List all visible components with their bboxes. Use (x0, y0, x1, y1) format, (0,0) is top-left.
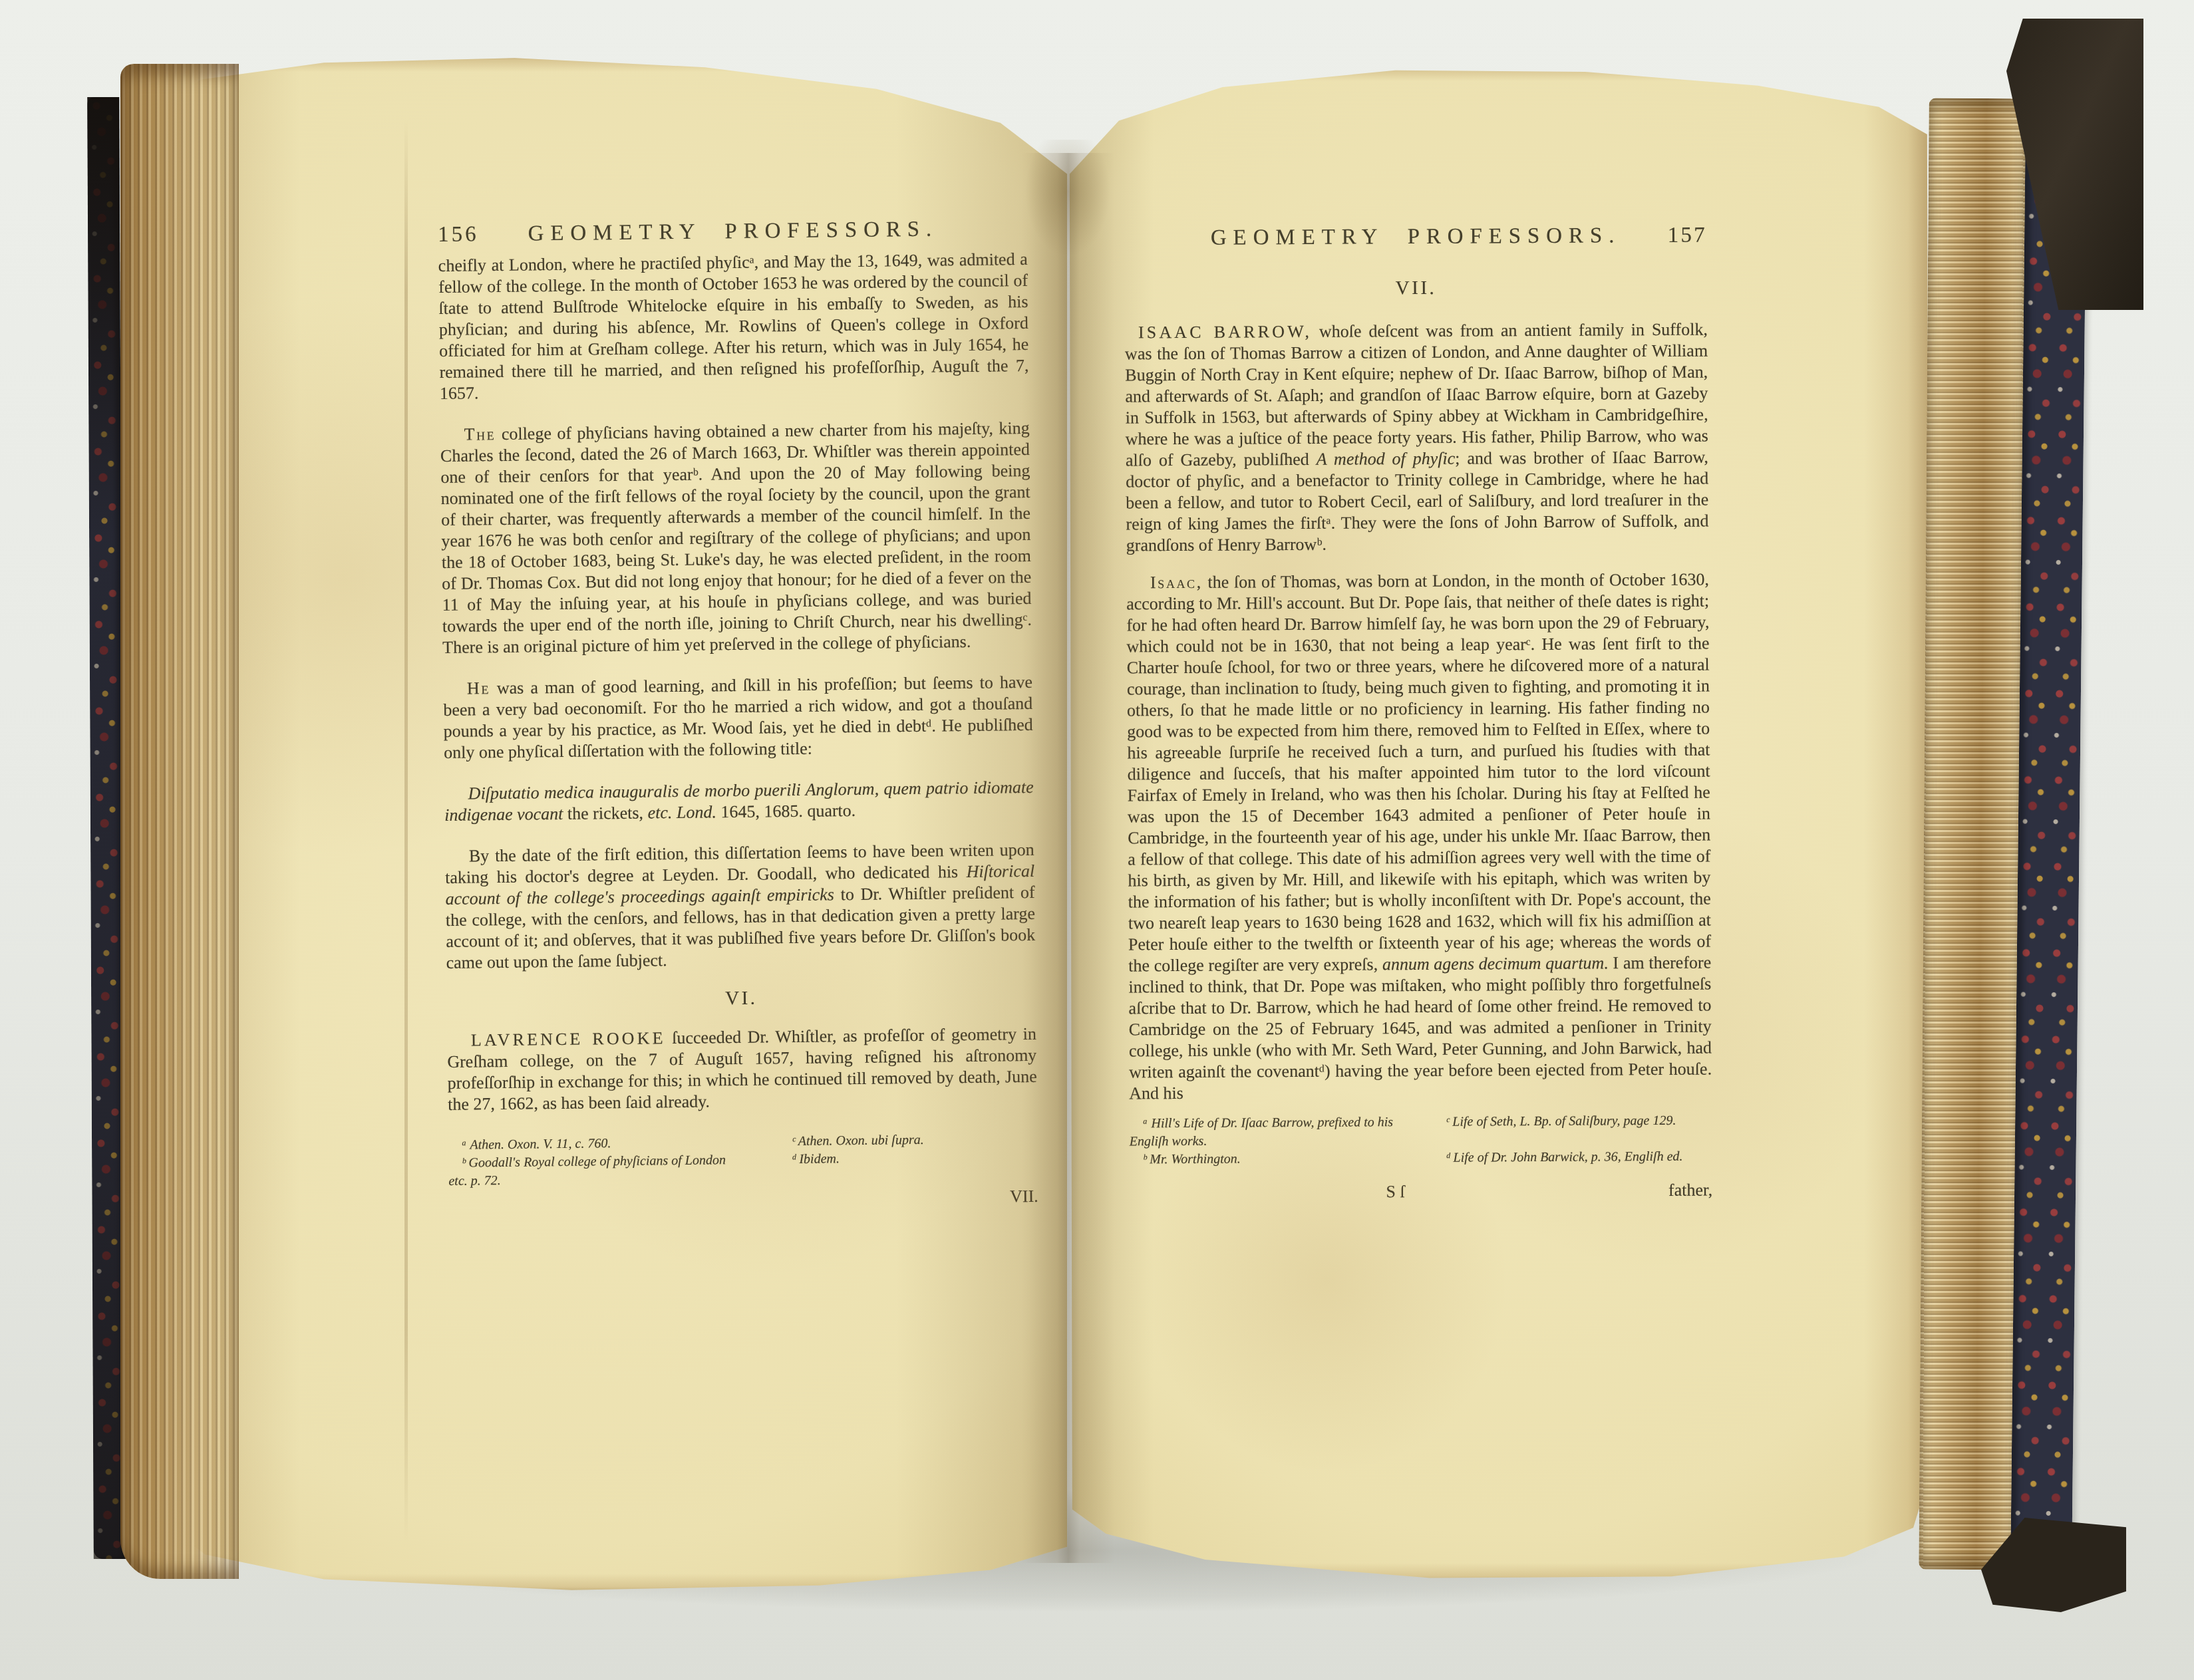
signature-row: S ſ father, (1130, 1181, 1712, 1206)
footnotes: ᵃ Athen. Oxon. V. 11, c. 760. ᶜ Athen. O… (448, 1130, 1038, 1173)
footnote-d: ᵈ Ibidem. (778, 1148, 1038, 1169)
caps-lead: LAVRENCE ROOKE (471, 1028, 666, 1050)
dissertation-title-paragraph: Diſputatio medica inauguralis de morbo p… (444, 777, 1034, 826)
right-page-stack-edge (1919, 98, 2027, 1570)
small-caps-lead: He (467, 678, 490, 698)
catchword: VII. (449, 1187, 1038, 1213)
small-caps-lead: Isaac, (1150, 573, 1203, 592)
page-number: 156 (438, 222, 479, 247)
footnote-a: ᵃ Hill's Life of Dr. Iſaac Barrow, prefi… (1129, 1113, 1432, 1151)
gathering-signature: S ſ (1386, 1182, 1404, 1202)
page-number: 157 (1668, 223, 1708, 248)
paragraph: LAVRENCE ROOKE ſucceeded Dr. Whiſtler, a… (447, 1024, 1037, 1115)
small-caps-lead: The (464, 424, 496, 444)
caps-lead: ISAAC BARROW, (1138, 322, 1312, 342)
footnotes: ᵃ Hill's Life of Dr. Iſaac Barrow, prefi… (1129, 1112, 1712, 1169)
page-157-text: GEOMETRY PROFESSORS. 157 VII. ISAAC BARR… (1124, 223, 1712, 1206)
paragraph: By the date of the firſt edition, this d… (445, 839, 1036, 974)
page-157: GEOMETRY PROFESSORS. 157 VII. ISAAC BARR… (1067, 61, 1931, 1586)
running-head-right: GEOMETRY PROFESSORS. 157 (1124, 223, 1707, 251)
footnote-b: ᵇ Goodall's Royal college of phyſicians … (448, 1151, 778, 1173)
left-page-stack-edge (120, 64, 239, 1579)
book-photo: 156 GEOMETRY PROFESSORS. cheifly at Lond… (0, 0, 2194, 1680)
running-title: GEOMETRY PROFESSORS. (528, 217, 938, 246)
page-156: 156 GEOMETRY PROFESSORS. cheifly at Lond… (114, 52, 1067, 1596)
page-156-text: 156 GEOMETRY PROFESSORS. cheifly at Lond… (438, 216, 1038, 1213)
open-book: 156 GEOMETRY PROFESSORS. cheifly at Lond… (0, 0, 2194, 1680)
paragraph: Isaac, the ſon of Thomas, was born at Lo… (1126, 569, 1712, 1105)
footnote-b: ᵇ Mr. Worthington. (1130, 1149, 1433, 1169)
footnote-c: ᶜ Life of Seth, L. Bp. of Saliſbury, pag… (1432, 1112, 1712, 1149)
running-title: GEOMETRY PROFESSORS. (1211, 223, 1621, 249)
footnote-d: ᵈ Life of Dr. John Barwick, p. 36, Engli… (1432, 1148, 1712, 1167)
paragraph: ISAAC BARROW, whoſe deſcent was from an … (1125, 319, 1709, 557)
running-head-left: 156 GEOMETRY PROFESSORS. (438, 216, 1027, 247)
catchword: father, (1668, 1181, 1712, 1200)
section-heading-vii: VII. (1124, 276, 1707, 301)
section-heading-vi: VI. (446, 984, 1036, 1013)
paragraph: He was a man of good learning, and ſkill… (443, 672, 1033, 764)
paragraph: cheifly at London, where he practiſed ph… (438, 249, 1029, 404)
paragraph: The college of phyſicians having obtaine… (440, 418, 1032, 658)
